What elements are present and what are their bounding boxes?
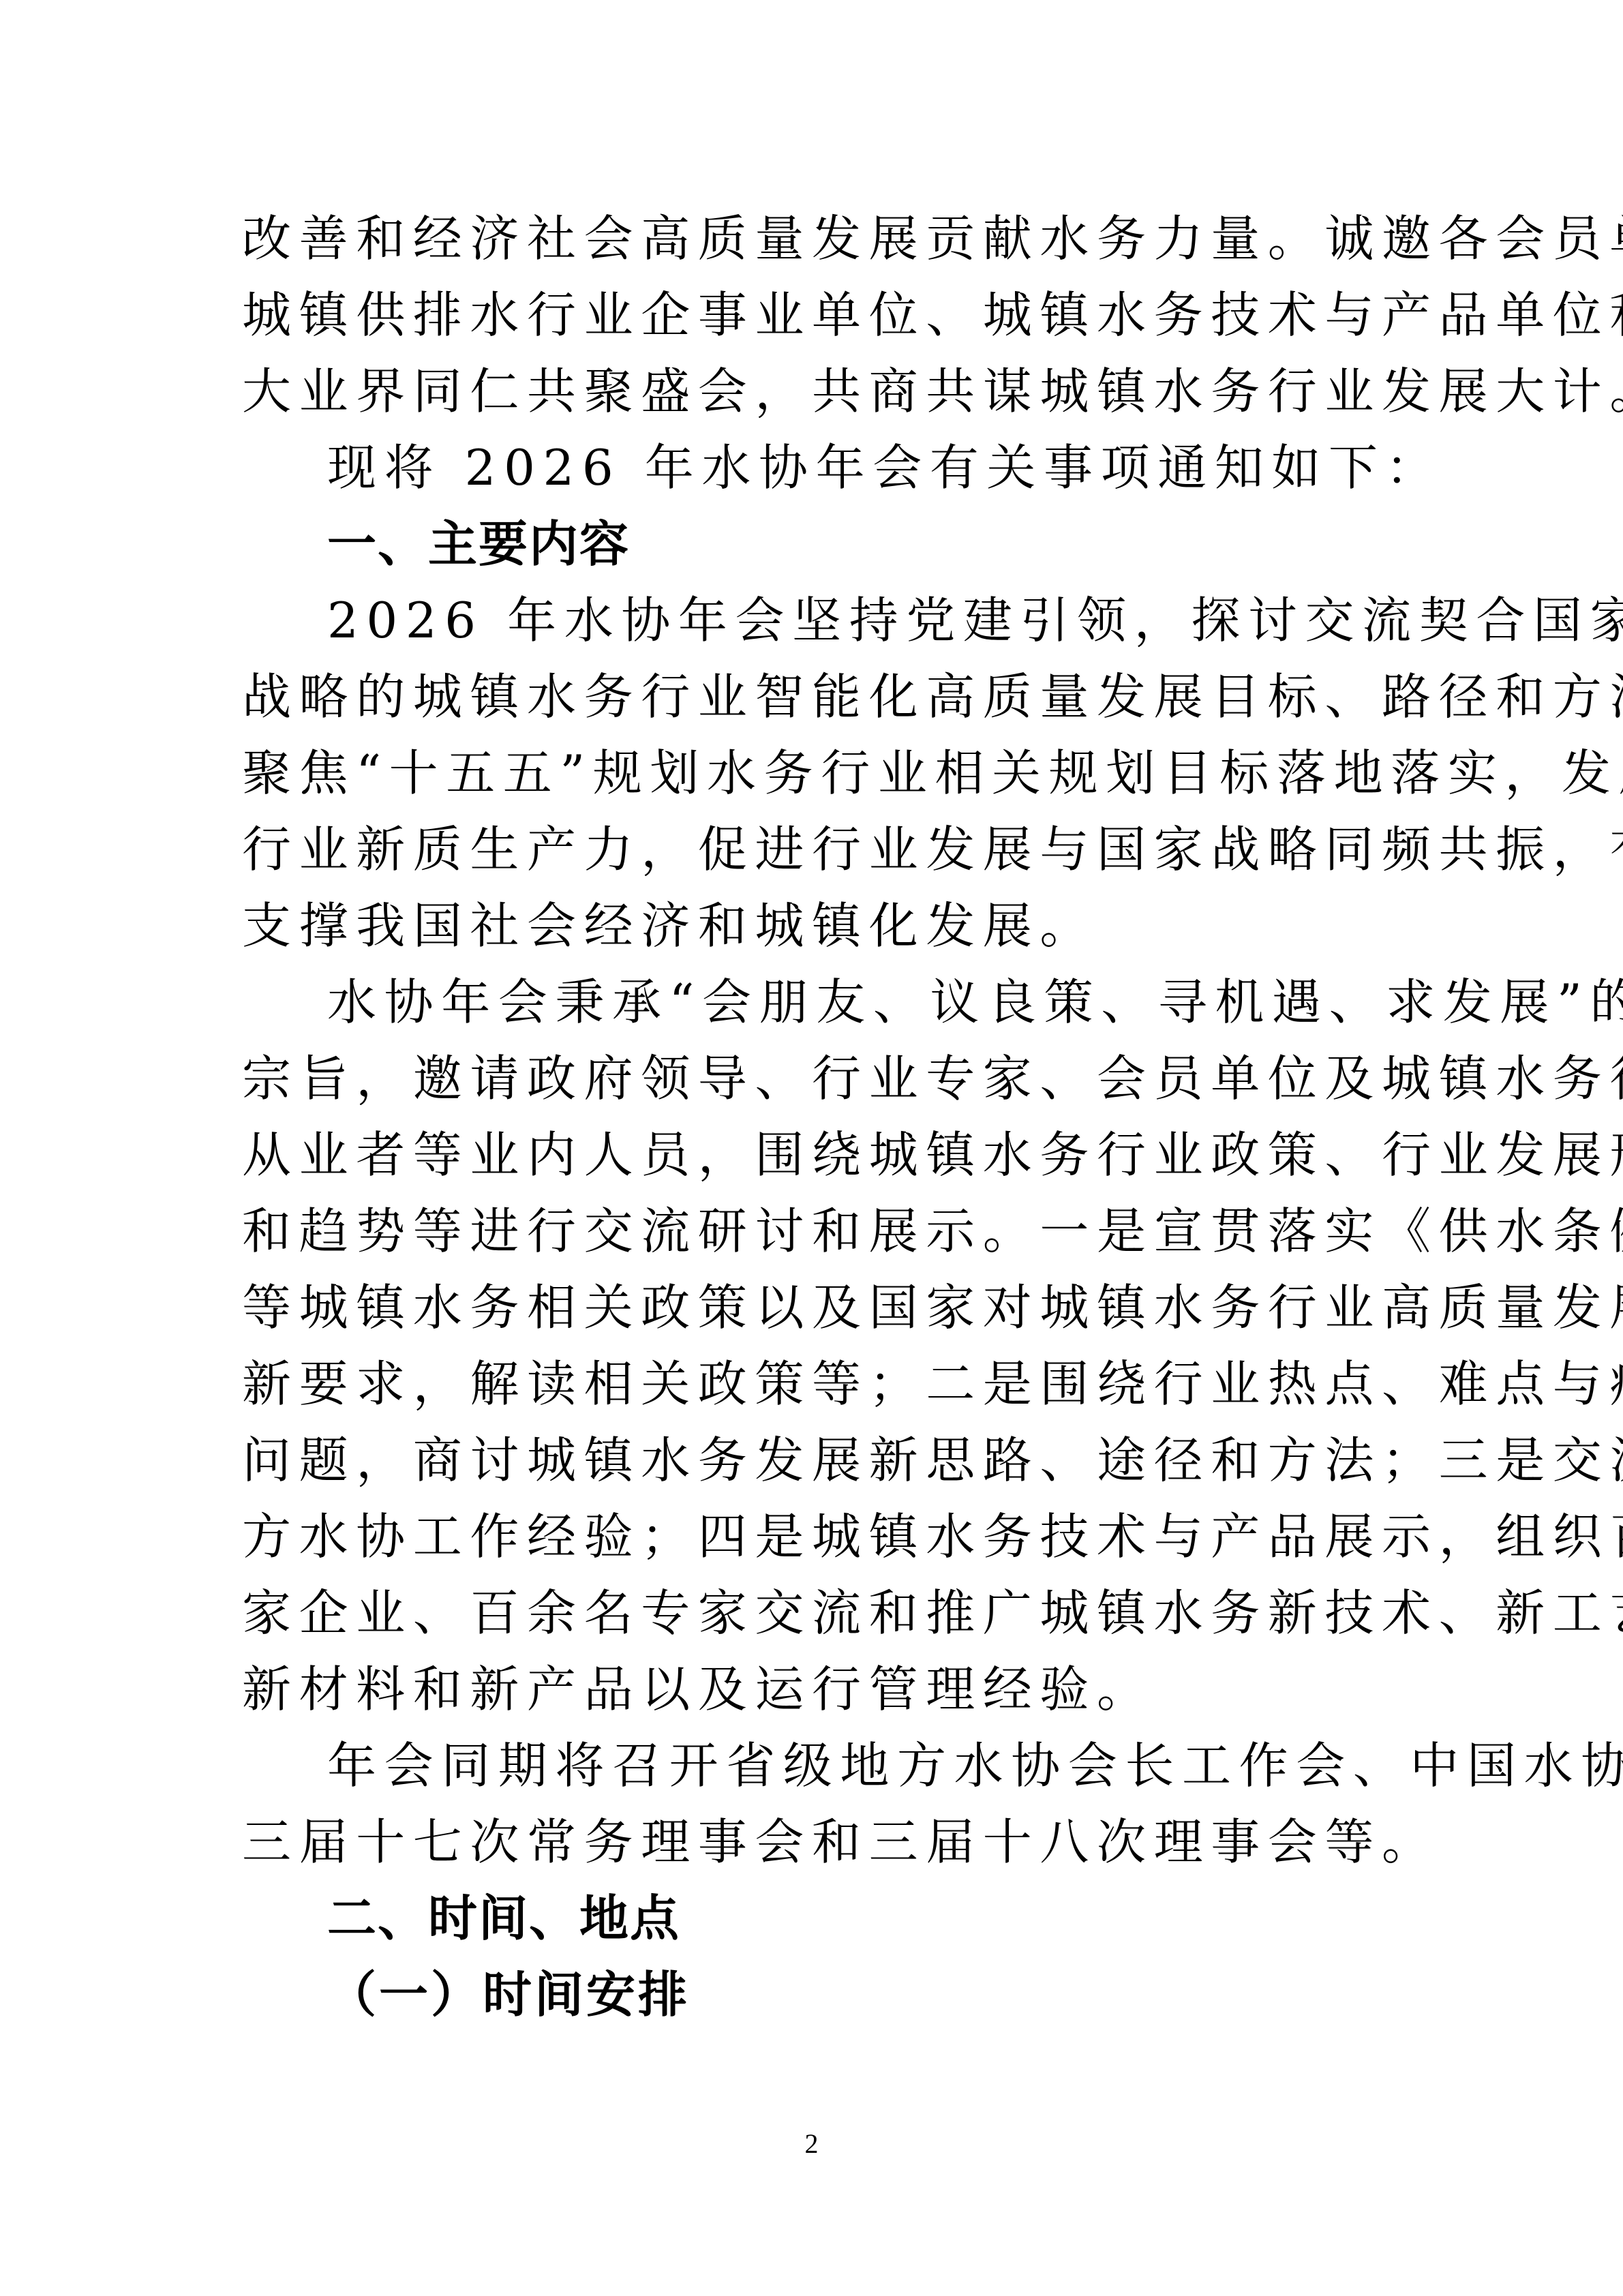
body-line: 等城镇水务相关政策以及国家对城镇水务行业高质量发展的 [242,1269,1382,1346]
page-number: 2 [0,2127,1623,2161]
body-line: 聚焦“十五五”规划水务行业相关规划目标落地落实，发展 [242,735,1382,811]
body-line: 改善和经济社会高质量发展贡献水务力量。诚邀各会员单位、 [242,200,1382,277]
body-line: 新要求，解读相关政策等；二是围绕行业热点、难点与痛点 [242,1346,1382,1422]
body-line: 问题，商讨城镇水务发展新思路、途径和方法；三是交流地 [242,1422,1382,1498]
body-line: 大业界同仁共聚盛会，共商共谋城镇水务行业发展大计。 [242,353,1382,429]
body-line: 2026 年水协年会坚持党建引领，探讨交流契合国家发展 [242,582,1382,659]
body-line: 从业者等业内人员，围绕城镇水务行业政策、行业发展形势 [242,1117,1382,1193]
body-line: 宗旨，邀请政府领导、行业专家、会员单位及城镇水务行业 [242,1040,1382,1117]
body-line: 现将 2026 年水协年会有关事项通知如下： [242,429,1382,506]
body-line: 新材料和新产品以及运行管理经验。 [242,1651,1382,1727]
subsection-heading-schedule: （一）时间安排 [242,1957,1382,2033]
body-line: 方水协工作经验；四是城镇水务技术与产品展示，组织百余 [242,1498,1382,1575]
body-line: 支撑我国社会经济和城镇化发展。 [242,888,1382,964]
section-heading-time-place: 二、时间、地点 [242,1880,1382,1957]
body-line: 年会同期将召开省级地方水协会长工作会、中国水协第 [242,1727,1382,1804]
body-line: 和趋势等进行交流研讨和展示。一是宣贯落实《供水条例》 [242,1193,1382,1269]
section-heading-main-content: 一、主要内容 [242,506,1382,582]
body-line: 水协年会秉承“会朋友、议良策、寻机遇、求发展”的 [242,964,1382,1040]
body-line: 家企业、百余名专家交流和推广城镇水务新技术、新工艺、 [242,1575,1382,1651]
body-line: 战略的城镇水务行业智能化高质量发展目标、路径和方法， [242,659,1382,735]
body-line: 城镇供排水行业企事业单位、城镇水务技术与产品单位和广 [242,277,1382,353]
body-line: 行业新质生产力，促进行业发展与国家战略同频共振，有力 [242,811,1382,888]
body-line: 三届十七次常务理事会和三届十八次理事会等。 [242,1804,1382,1880]
document-page: 改善和经济社会高质量发展贡献水务力量。诚邀各会员单位、 城镇供排水行业企事业单位… [242,200,1382,2033]
